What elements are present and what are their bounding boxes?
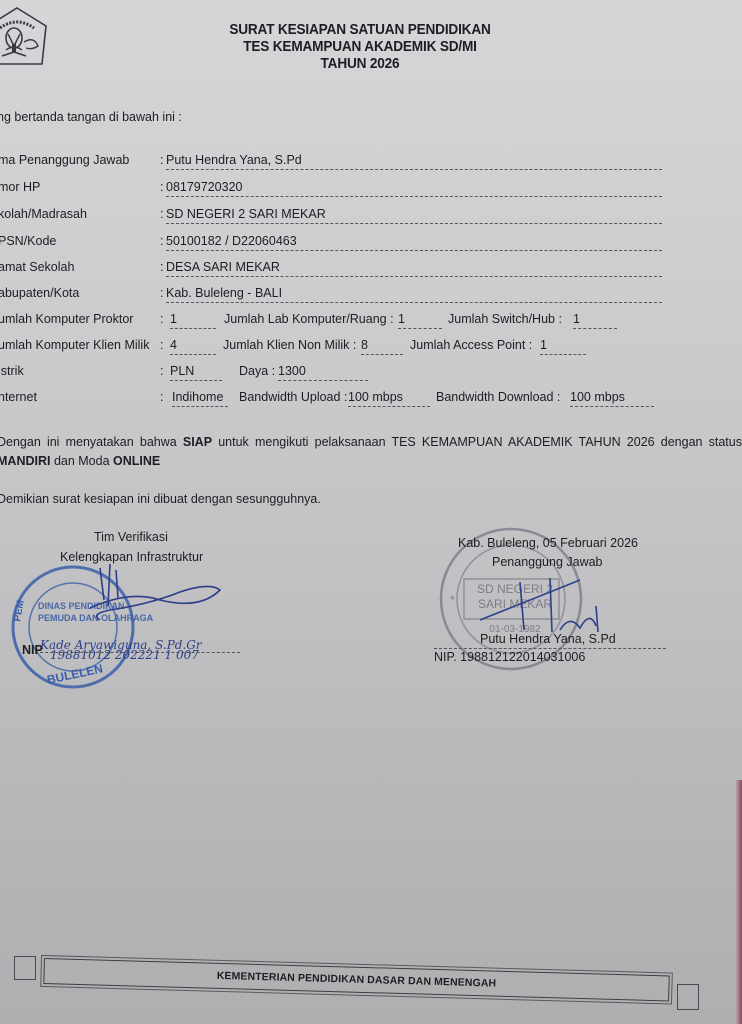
- footer-box-right: [677, 984, 699, 1010]
- label-penanggung-jawab: ma Penanggung Jawab: [0, 153, 129, 167]
- value-switch: 1: [573, 312, 617, 329]
- value-access-point: 1: [540, 338, 586, 355]
- place-date: Kab. Buleleng, 05 Februari 2026: [458, 536, 638, 550]
- colon: :: [160, 153, 163, 167]
- title-line-1: SURAT KESIAPAN SATUAN PENDIDIKAN: [172, 22, 548, 39]
- value-npsn: 50100182 / D22060463: [166, 234, 662, 251]
- colon: :: [160, 260, 163, 274]
- value-klien-non-milik: 8: [361, 338, 403, 355]
- paper-edge: [736, 780, 742, 1024]
- label-kabupaten: abupaten/Kota: [0, 286, 79, 300]
- label-access-point: Jumlah Access Point :: [410, 338, 532, 352]
- value-sekolah: SD NEGERI 2 SARI MEKAR: [166, 207, 662, 224]
- verifier-nip-handwritten: 19881012 202221 1 007: [50, 648, 199, 662]
- label-npsn: PSN/Kode: [0, 234, 56, 248]
- value-listrik: PLN: [170, 364, 222, 381]
- colon: :: [160, 312, 163, 326]
- label-listrik: istrik: [0, 364, 24, 378]
- label-sekolah: kolah/Madrasah: [0, 207, 87, 221]
- colon: :: [160, 390, 163, 404]
- mandiri-emphasis: MANDIRI: [0, 454, 50, 468]
- colon: :: [160, 234, 163, 248]
- online-emphasis: ONLINE: [113, 454, 160, 468]
- signer-nip: NIP. 198812122014031006: [434, 648, 666, 664]
- label-daya: Daya :: [239, 364, 275, 378]
- value-download: 100 mbps: [570, 390, 654, 407]
- footer-banner: KEMENTERIAN PENDIDIKAN DASAR DAN MENENGA…: [43, 958, 669, 1001]
- value-lab: 1: [398, 312, 442, 329]
- svg-text:*: *: [450, 593, 455, 607]
- label-nomor-hp: mor HP: [0, 180, 40, 194]
- tut-wuri-handayani-logo-icon: [0, 6, 48, 72]
- footer-box-left: [14, 956, 36, 980]
- colon: :: [160, 207, 163, 221]
- colon: :: [160, 338, 163, 352]
- value-penanggung-jawab: Putu Hendra Yana, S.Pd: [166, 153, 662, 170]
- value-kabupaten: Kab. Buleleng - BALI: [166, 286, 662, 303]
- value-upload: 100 mbps: [348, 390, 430, 407]
- verifier-nip-label: NIP: [22, 643, 43, 657]
- label-klien-non-milik: Jumlah Klien Non Milik :: [223, 338, 356, 352]
- closing-paragraph: Demikian surat kesiapan ini dibuat denga…: [0, 490, 742, 509]
- label-upload: Bandwidth Upload :: [239, 390, 347, 404]
- document-title: SURAT KESIAPAN SATUAN PENDIDIKAN TES KEM…: [172, 22, 548, 73]
- label-klien: umlah Komputer Klien Milik: [0, 338, 149, 352]
- signer-title: Penanggung Jawab: [492, 555, 603, 569]
- svg-text:PEM: PEM: [12, 599, 27, 622]
- label-proktor: umlah Komputer Proktor: [0, 312, 133, 326]
- value-proktor: 1: [170, 312, 216, 329]
- verifier-title-1: Tim Verifikasi: [94, 530, 168, 544]
- label-download: Bandwidth Download :: [436, 390, 560, 404]
- label-lab: Jumlah Lab Komputer/Ruang :: [224, 312, 394, 326]
- colon: :: [160, 364, 163, 378]
- siap-emphasis: SIAP: [183, 435, 212, 449]
- value-daya: 1300: [278, 364, 368, 381]
- value-klien: 4: [170, 338, 216, 355]
- footer-ministry-text: KEMENTERIAN PENDIDIKAN DASAR DAN MENENGA…: [44, 965, 668, 994]
- label-switch: Jumlah Switch/Hub :: [448, 312, 562, 326]
- signature-left-scribble-icon: [70, 560, 230, 630]
- label-internet: nternet: [0, 390, 37, 404]
- intro-text: ng bertanda tangan di bawah ini :: [0, 110, 182, 124]
- value-alamat: DESA SARI MEKAR: [166, 260, 662, 277]
- statement-paragraph: Dengan ini menyatakan bahwa SIAP untuk m…: [0, 433, 742, 471]
- colon: :: [160, 286, 163, 300]
- title-line-3: TAHUN 2026: [172, 56, 548, 73]
- colon: :: [160, 180, 163, 194]
- title-line-2: TES KEMAMPUAN AKADEMIK SD/MI: [172, 39, 548, 56]
- value-nomor-hp: 08179720320: [166, 180, 662, 197]
- label-alamat: amat Sekolah: [0, 260, 74, 274]
- signer-name: Putu Hendra Yana, S.Pd: [480, 632, 616, 646]
- value-internet: Indihome: [172, 390, 228, 407]
